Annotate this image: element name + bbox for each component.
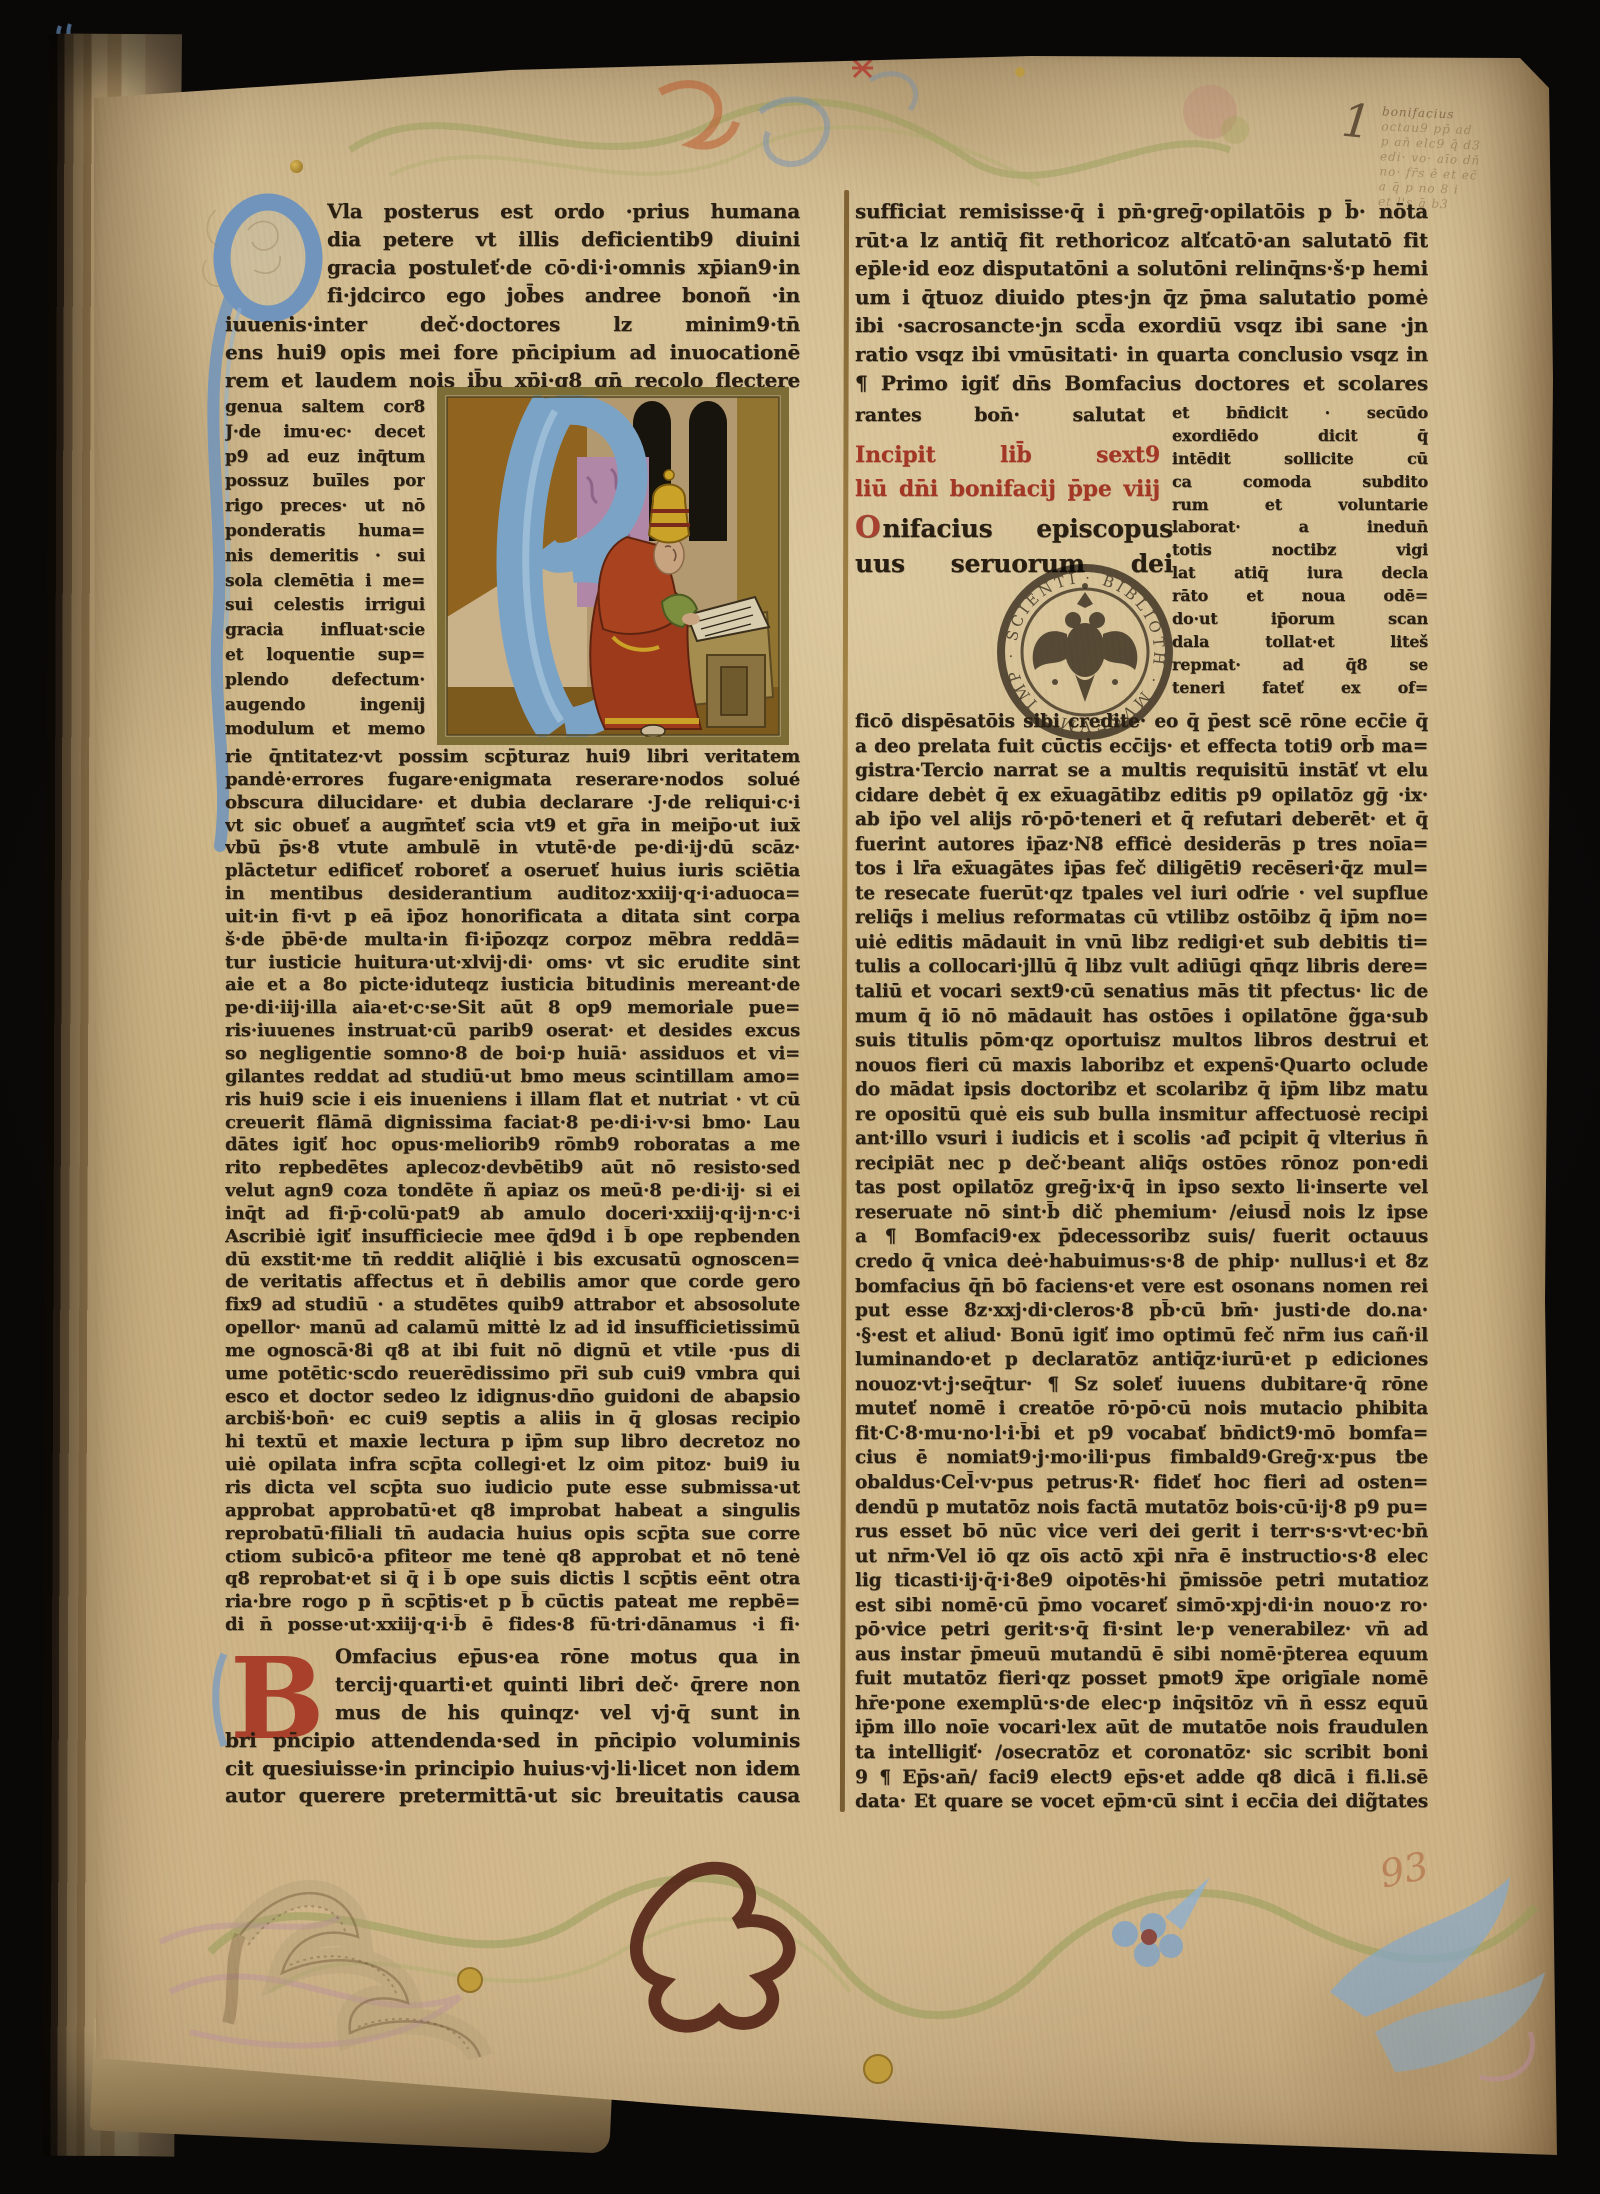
text-line: š·de p̄bē·de multa·in fi·ip̄ozqz corpoz …: [225, 929, 800, 952]
text-line: arcbiš·bon̄· ec cui9 septis a aliis in q…: [225, 1408, 800, 1431]
text-line: obscura dilucidare· et dubia declarare ·…: [225, 792, 800, 815]
text-line: cidare debėt q̄ ex ex̄uagātibz editis p9…: [855, 784, 1428, 809]
left-column-narrow-lines: genua saltem cor8J·de imu·ec· decetp9 ad…: [225, 395, 425, 742]
text-line: ta intelligiť· /osecratōz et coronatōz· …: [855, 1741, 1428, 1766]
text-line: rantes bon̄· salutat: [855, 402, 1145, 428]
text-line: put esse 8z·xxj·di·cleros·8 pb̄·cū bm̄· …: [855, 1299, 1428, 1324]
text-line: sufficiat remisisse·q̄ i pn̄·greḡ·opilat…: [855, 197, 1428, 226]
text-line: suis titulis pōm·qz oportuisz multos lib…: [855, 1029, 1428, 1054]
text-line: recipiāt nec p deč·beant aliq̄s ostōes r…: [855, 1152, 1428, 1177]
text-line: liū dn̄i bonifacij p̄pe viij ·: [855, 472, 1160, 506]
text-line: me ognoscā·8i q8 at ibi fuit nō dignū et…: [225, 1340, 800, 1363]
text-line: tur iusticie huitura·ut·xlvij·di· oms· v…: [225, 952, 800, 975]
incipit-initial-o: O: [855, 509, 883, 544]
text-line: ficō dispēsatōis sibi credite· eo q̄ p̄e…: [855, 710, 1428, 735]
text-line: lat atiq̄ iura decla: [1172, 562, 1428, 585]
incipit-line-1: Onifacius episcopus ser: [855, 508, 1173, 545]
text-line: um i q̄tuoz diuido ptes·jn q̄z p̄ma salu…: [855, 283, 1428, 312]
right-column-salutat-line: rantes bon̄· salutat: [855, 402, 1145, 428]
text-line: lig ticasti·ij·q̄·i·8e9 oipotēs·hi p̄mis…: [855, 1569, 1428, 1594]
text-line: Omfacius ep̄us·ea rōne motus qua in pn̄c…: [335, 1643, 800, 1671]
text-line: ant·illo vsuri i iudicis et i scolis ·ađ…: [855, 1127, 1428, 1152]
incipit-line1-text: nifacius episcopus ser: [855, 514, 1173, 545]
text-line: intēdit sollicite cū: [1172, 448, 1428, 471]
text-line: do·ut ip̄orum scan: [1172, 608, 1428, 631]
text-line: tercij·quarti·et quinti libri deč· q̄rer…: [335, 1671, 800, 1699]
left-column-b-indented: Omfacius ep̄us·ea rōne motus qua in pn̄c…: [335, 1643, 800, 1727]
text-line: gracia postuleť·de cō·di·i·omnis xp̄ian9…: [327, 253, 800, 281]
text-line: modulum et memo: [225, 717, 425, 742]
text-line: ens hui9 opis mei fore pn̄cipium ad inuo…: [225, 338, 800, 366]
text-line: ip̄m illo noīe vocari·lex aūt de mutatōe…: [855, 1716, 1428, 1741]
text-line: est sibi nomē·cū p̄mo vocareť simō·xpj·d…: [855, 1594, 1428, 1619]
text-line: luminando·et p declaratōz antiq̄z·iurū·e…: [855, 1348, 1428, 1373]
right-column-side-gloss: et bn̄dicit · secūdoexordiēdo dicit q̄in…: [1172, 402, 1428, 700]
text-line: plāctetur edificeť roboreť a oserueť hui…: [225, 860, 800, 883]
left-column-closing: bri pn̄cipio attendenda·sed in pn̄cipio …: [225, 1727, 800, 1810]
text-line: rum et voluntarie: [1172, 494, 1428, 517]
text-line: dendū p mutatōz nois factā mutatōz bois·…: [855, 1496, 1428, 1521]
text-line: re opositū quė eis sub bulla insmitur af…: [855, 1103, 1428, 1128]
text-line: dala tollat·et liteš: [1172, 631, 1428, 654]
text-line: muteť nomē i creatōe rō·pō·cū nois mutac…: [855, 1397, 1428, 1422]
text-line: ris hui9 scie i eis inueniens i illam fl…: [225, 1089, 800, 1112]
gold-bezant: [290, 160, 303, 173]
text-line: a deo prelata fuit cūctis ecc̄ijs· et ef…: [855, 735, 1428, 760]
folio-number: 1: [1339, 93, 1374, 150]
text-line: vbū p̄s·8 vtute ambulē in vtutē·de pe·di…: [225, 837, 800, 860]
left-column-full-lines: iuuenis·inter deč·doctores lz minim9·tn̄…: [225, 310, 800, 394]
text-line: fuit mutatōz fieri·qz posset pmot9 x̄pe …: [855, 1667, 1428, 1692]
text-line: reliq̄s i melius reformatas cū vtilibz o…: [855, 906, 1428, 931]
text-line: sola clemētia i me=: [225, 569, 425, 594]
text-line: pō·vice petri gerit·s·q̄ fi·sint le·p ve…: [855, 1618, 1428, 1643]
text-line: so negligentie somno·8 de boi·p huiā· as…: [225, 1043, 800, 1066]
text-line: fit·C·8·mu·no·l·i·b̄i et p9 vocabať bn̄d…: [855, 1422, 1428, 1447]
left-column-body: rie q̄ntitatez·vt possim scp̄turaz hui9 …: [225, 746, 800, 1637]
text-line: nouoz·vt·j·seq̄tur· ¶ Sz soleť iuuens du…: [855, 1373, 1428, 1398]
text-line: ria·bre rogo p n̄ scp̄tis·et p b̄ cūctis…: [225, 1591, 800, 1614]
text-line: ris dicta vel scp̄ta suo iudicio pute es…: [225, 1477, 800, 1500]
blue-flower: [1112, 1877, 1210, 1967]
text-line: creuerit flāmā dignissima faciat·8 pe·di…: [225, 1112, 800, 1135]
text-line: iuuenis·inter deč·doctores lz minim9·tn̄…: [225, 310, 800, 338]
text-line: gracia influat·scie: [225, 618, 425, 643]
text-line: nouos fieri cū maxis laboribz et expens̄…: [855, 1054, 1428, 1079]
text-line: obaldus·Cel̄·v·pus petrus·R· fideť hoc f…: [855, 1471, 1428, 1496]
text-line: Ascribiė igiť insufficiecie mee q̄d9d i …: [225, 1226, 800, 1249]
text-line: mum q̄ iō nō mādauit has ostōes i opilat…: [855, 1005, 1428, 1030]
text-line: bri pn̄cipio attendenda·sed in pn̄cipio …: [225, 1727, 800, 1755]
parchment-page: 1 bonifaciusoctau9 pp̄ adp an̄ elc9 q̄ d…: [90, 50, 1560, 2170]
text-line: ibi ·sacrosancte·jn scd̄a exordiū vsqz i…: [855, 311, 1428, 340]
text-line: J·de imu·ec· decet: [225, 420, 425, 445]
text-line: ume potētic·scdo reuerēdissimo pr̄i sub …: [225, 1363, 800, 1386]
text-line: augendo ingenij: [225, 693, 425, 718]
text-line: ca comoda subdito: [1172, 471, 1428, 494]
text-line: uiė opilata infra scp̄ta collegi·et lz o…: [225, 1454, 800, 1477]
text-line: rito repbedētes aplecoz·devbētib9 aūt nō…: [225, 1157, 800, 1180]
text-line: fuerint autores ip̄az·N8 efficė desiderā…: [855, 833, 1428, 858]
text-line: ab ip̄o vel alijs rō·pō·teneri et q̄ ref…: [855, 808, 1428, 833]
text-line: dia petere vt illis deficientib9 diuini …: [327, 225, 800, 253]
miniature-pope-boniface-in-initial-b: [437, 387, 789, 745]
photograph-of-incunable-page: { "document": { "kind": "Incunable page …: [0, 0, 1600, 2194]
text-line: rus esset bō nūc vice veri dei gerit i t…: [855, 1520, 1428, 1545]
text-line: vt sic obueť a augm̄teť scia vt9 et gr̄a…: [225, 815, 800, 838]
text-line: credo q̄ vnica deė·habuimus·s·8 de phip·…: [855, 1250, 1428, 1275]
text-line: do mādat ipsis doctoribz et scolaribz q̄…: [855, 1078, 1428, 1103]
text-line: ris·iuuenes instruat·cū parib9 oserat· e…: [225, 1020, 800, 1043]
text-line: approbat approbatū·et q8 improbat habeat…: [225, 1500, 800, 1523]
text-line: ·§·est et aliud· Bonū igiť imo optimū fe…: [855, 1324, 1428, 1349]
text-line: a ¶ Bomfaci9·ex p̄decessoribz suis/ fuer…: [855, 1225, 1428, 1250]
text-line: tulis a collocari·jllū q̄ libz vult adiū…: [855, 955, 1428, 980]
text-line: bomfacius q̄n̄ bō faciens·et vere est os…: [855, 1275, 1428, 1300]
text-line: plendo defectum·: [225, 668, 425, 693]
text-line: tas post opilatōz greḡ·ix·q̄ in ipso sex…: [855, 1176, 1428, 1201]
text-line: data· Et quare se vocet ep̄m·cū sint i e…: [855, 1790, 1428, 1815]
text-line: fix9 ad studiū · a studētes quib9 attrab…: [225, 1294, 800, 1317]
text-line: q8 reprobat·et si q̄ i b̄ ope suis dicti…: [225, 1568, 800, 1591]
text-line: ep̄le·id eoz disputatōni a solutōni reli…: [855, 254, 1428, 283]
text-line: ¶ Primo igiť dn̄s Bomfacius doctores et …: [855, 369, 1428, 398]
text-line: et loquentie sup=: [225, 643, 425, 668]
text-line: teneri fateť ex of=: [1172, 677, 1428, 700]
text-line: et bn̄dicit · secūdo: [1172, 402, 1428, 425]
text-line: di n̄ posse·ut·xxiij·q·i·b̄ ē fides·8 fū…: [225, 1614, 800, 1637]
text-line: ctiom subicō·a pfiteor me tenė q8 approb…: [225, 1546, 800, 1569]
text-line: gistra·Tercio narrat se a multis requisi…: [855, 759, 1428, 784]
right-column-body: ficō dispēsatōis sibi credite· eo q̄ p̄e…: [855, 710, 1428, 1815]
text-line: mus de his quinqz· vel vj·q̄ sunt in cui…: [335, 1699, 800, 1727]
text-line: cit quesiuisse·in principio huius·vj·li·…: [225, 1755, 800, 1783]
text-line: dātes igiť hoc opus·meliorib9 rōmb9 robo…: [225, 1134, 800, 1157]
text-line: totis noctibz vigi: [1172, 539, 1428, 562]
right-column-top: sufficiat remisisse·q̄ i pn̄·greḡ·opilat…: [855, 197, 1428, 397]
text-line: uiė editis mādauit in vnū libz redigi·et…: [855, 931, 1428, 956]
text-line: ratio vsqz ibi vmūsitati· in quarta conc…: [855, 340, 1428, 369]
text-line: rūt·a lz antiq̄ fit rethoricoz alťcatō·a…: [855, 226, 1428, 255]
top-floral-border: [330, 50, 1260, 210]
text-line: 9 ¶ Ep̄s·an̄/ faci9 elect9 ep̄s·et adde …: [855, 1766, 1428, 1791]
incipit-rubric: Incipit lib̄ sext9 decreta=liū dn̄i boni…: [855, 438, 1160, 506]
text-line: aus instar p̄meuū mutandū ē sibi nomē·p̄…: [855, 1643, 1428, 1668]
text-line: sui celestis irrigui: [225, 593, 425, 618]
text-line: possuz buīles por: [225, 469, 425, 494]
text-line: velut agn9 coza tondēte ñ apiaz os meū·8…: [225, 1180, 800, 1203]
text-line: taliū et vocari sext9·cū senatius mās ti…: [855, 980, 1428, 1005]
text-line: in mentibus desiderantium auditoz·xxiij·…: [225, 883, 800, 906]
text-line: pe·di·iij·illa aia·et·c·se·Sit aūt 8 op9…: [225, 997, 800, 1020]
text-line: opellor· manū ad calamū mittė lz ad id i…: [225, 1317, 800, 1340]
text-line: fi·jdcirco ego job̄es andree bonoñ ·in o…: [327, 281, 800, 309]
text-line: genua saltem cor8: [225, 395, 425, 420]
text-line: ponderatis huma=: [225, 519, 425, 544]
text-line: gilantes reddat ad studiū·ut bmo meus sc…: [225, 1066, 800, 1089]
text-line: aie et a 8o picte·iduteqz iusticia bitud…: [225, 974, 800, 997]
text-line: dū exstit·me tn̄ reddit aliq̄liė i bis e…: [225, 1249, 800, 1272]
left-column-opening: Vla posterus est ordo ·prius humana subs…: [327, 197, 800, 309]
text-line: pandė·errores fugare·enigmata reserare·n…: [225, 769, 800, 792]
text-line: reprobatū·filiali tn̄ audacia huius opis…: [225, 1523, 800, 1546]
text-line: exordiēdo dicit q̄: [1172, 425, 1428, 448]
red-pen-mark: [850, 56, 876, 82]
text-line: tos i lr̄a ex̄uagātes ip̄as feč diligēti…: [855, 857, 1428, 882]
text-line: nis demeritis · sui: [225, 544, 425, 569]
text-line: te resecate fuerūt·qz tpales vel iuri oď…: [855, 882, 1428, 907]
text-line: laborat· a inedun̄: [1172, 516, 1428, 539]
text-line: reseruate nō sint·b̄ dič phemium· /eiusd…: [855, 1201, 1428, 1226]
text-line: rigo preces· ut nō: [225, 494, 425, 519]
text-line: ut nr̄m·Vel iō qz oīs actō xp̄i nr̄a ē i…: [855, 1545, 1428, 1570]
text-line: uit·in fi·vt p eā ip̄oz honorificata a d…: [225, 906, 800, 929]
text-line: hr̄e·pone exemplū·s·de elec·p inq̄sitōz …: [855, 1692, 1428, 1717]
text-line: Vla posterus est ordo ·prius humana subs…: [327, 197, 800, 225]
text-line: Incipit lib̄ sext9 decreta=: [855, 438, 1160, 472]
column-divider-rule: [840, 190, 849, 1812]
text-line: repmat· ad q̄8 se: [1172, 654, 1428, 677]
text-line: de veritatis affectus et n̄ debilis amor…: [225, 1271, 800, 1294]
text-line: autor querere pretermittā·ut sic breuita…: [225, 1782, 800, 1810]
text-line: cius ē nomiat9·j·mo·ili·pus fimbald9·Gre…: [855, 1446, 1428, 1471]
text-line: rāto et noua odē=: [1172, 585, 1428, 608]
text-line: esco et doctor sedeo lz idignus·dn̄o gui…: [225, 1386, 800, 1409]
text-line: p9 ad euz inq̄tum: [225, 445, 425, 470]
text-line: hi textū et maxie lectura p ip̄m sup lib…: [225, 1431, 800, 1454]
text-line: rie q̄ntitatez·vt possim scp̄turaz hui9 …: [225, 746, 800, 769]
text-line: inq̄t ad fi·p̄·colū·pat9 ab amulo doceri…: [225, 1203, 800, 1226]
